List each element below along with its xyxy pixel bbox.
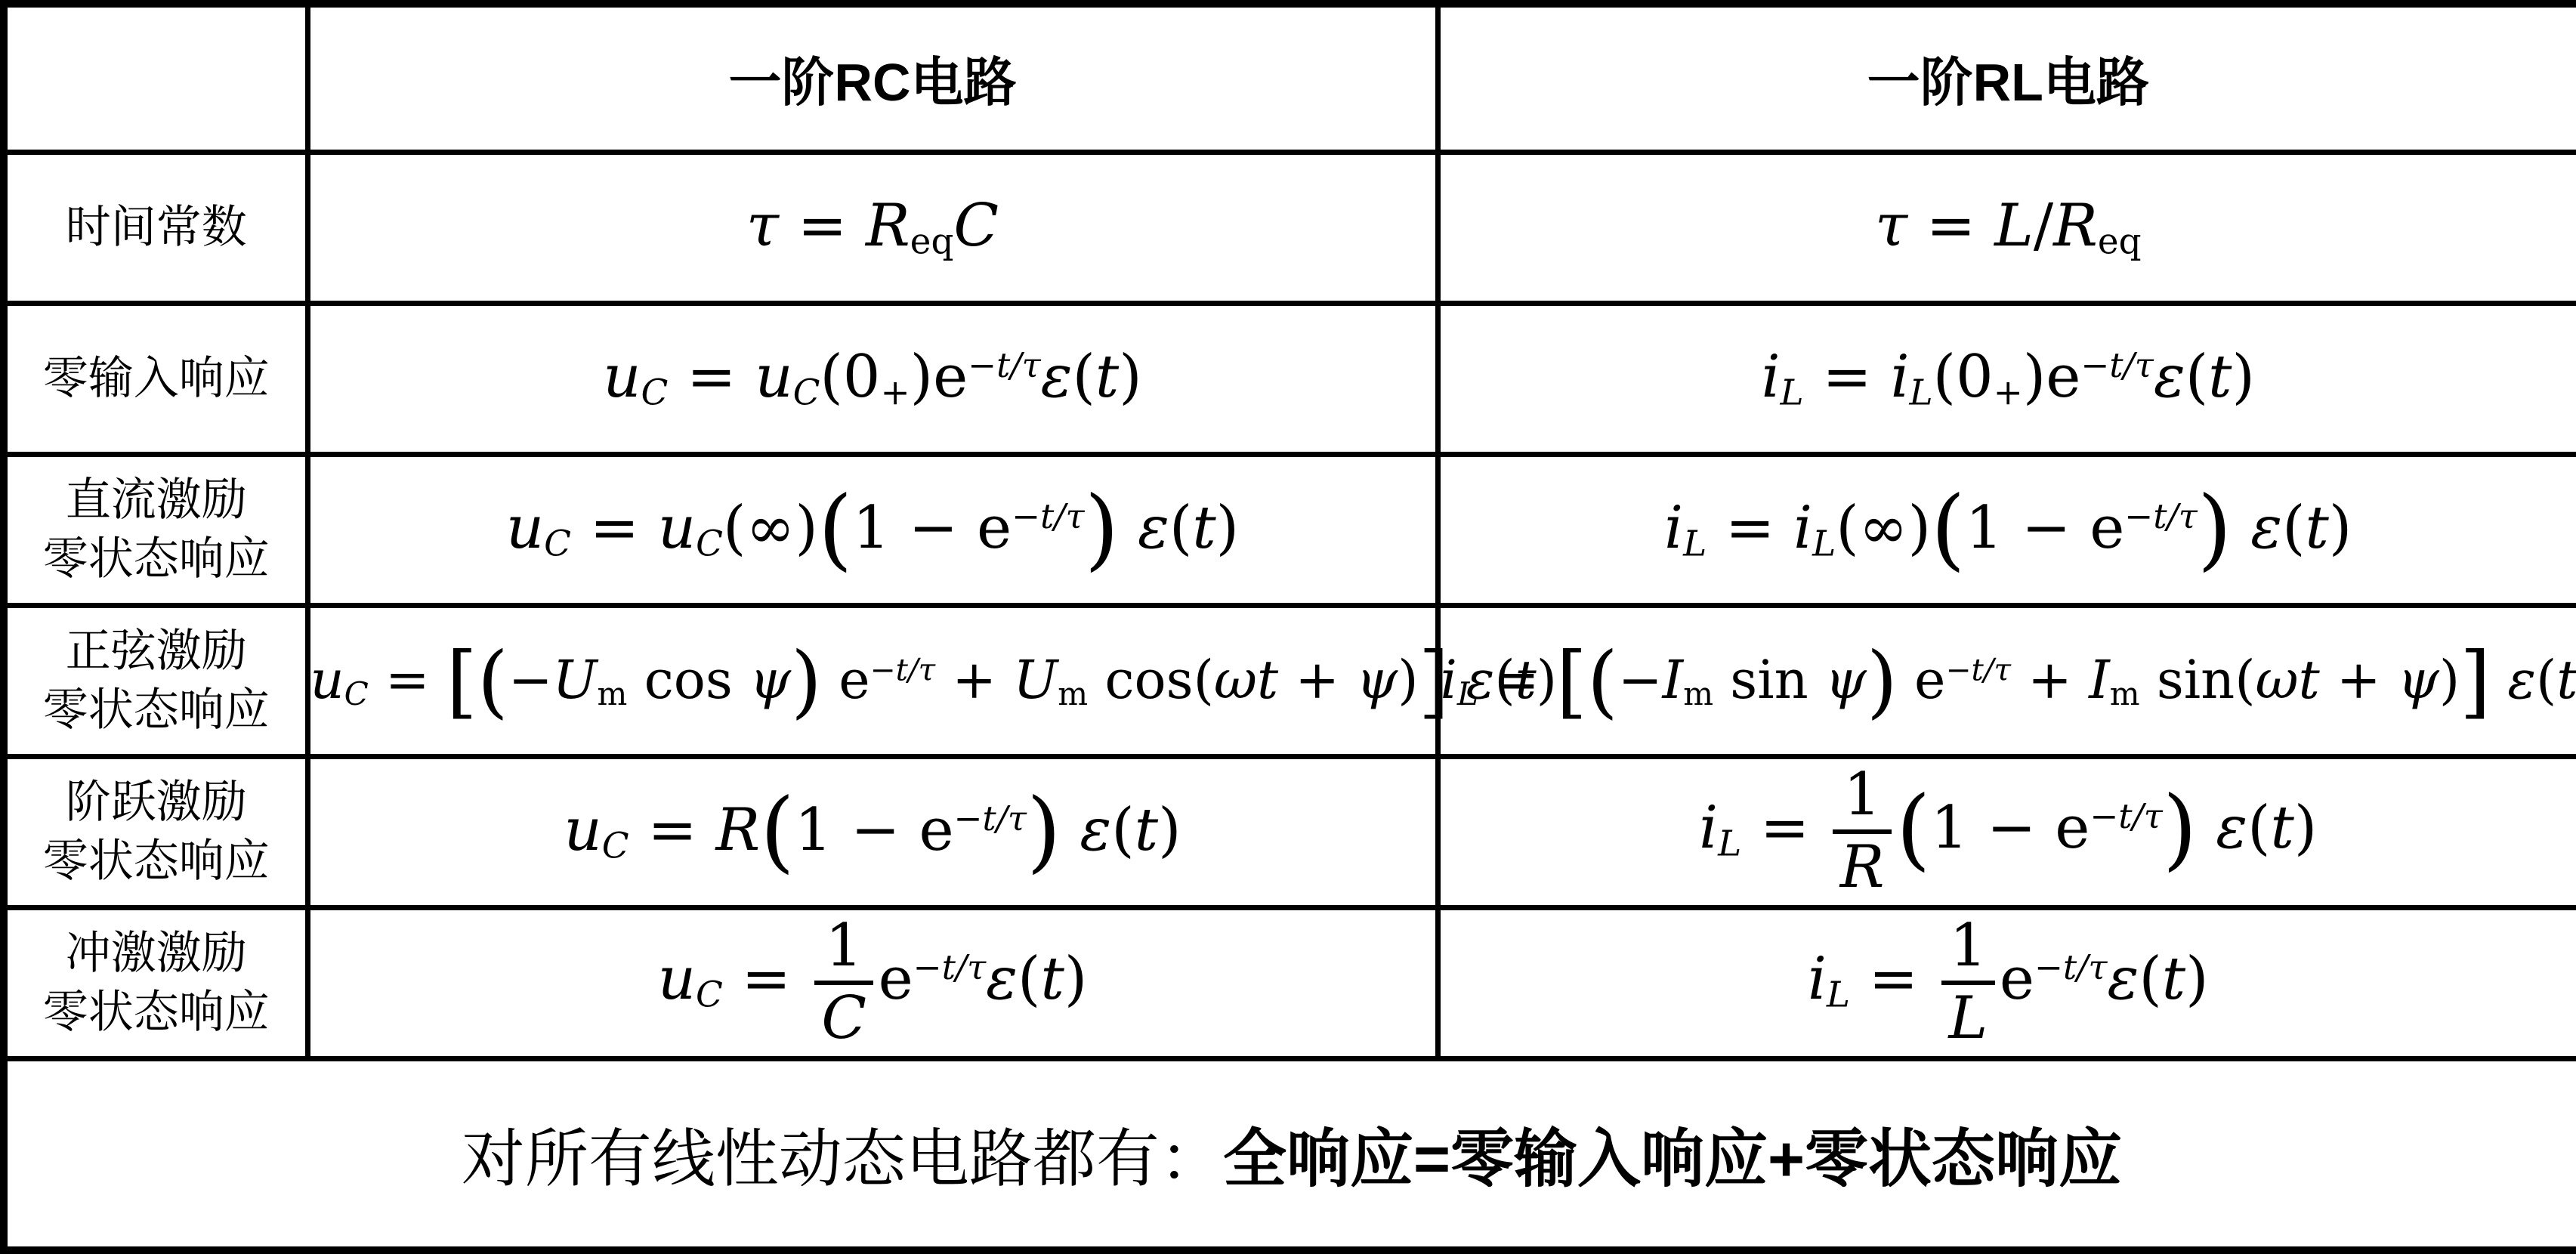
formula-rl-impulse-zero-state: iL = 1Le−t/τε(t) bbox=[1438, 907, 2576, 1058]
formula-rl-sinusoidal-zero-state: iL = [(−Im sin ψ) e−t/τ + Im sin(ωt + ψ)… bbox=[1438, 605, 2576, 756]
formula-rc-step-zero-state: uC = R(1 − e−t/τ) ε(t) bbox=[307, 756, 1438, 907]
row-label-time-constant: 时间常数 bbox=[4, 152, 307, 303]
formula: iL = [(−Im sin ψ) e−t/τ + Im sin(ωt + ψ)… bbox=[1441, 649, 2576, 711]
header-row: 一阶RC电路 一阶RL电路 bbox=[4, 4, 2576, 152]
row-sinusoidal-zero-state-response: 正弦激励零状态响应 uC = [(−Um cos ψ) e−t/τ + Um c… bbox=[4, 605, 2576, 756]
formula: uC = 1Ce−t/τε(t) bbox=[658, 945, 1088, 1013]
formula-rc-dc-zero-state: uC = uC(∞)(1 − e−t/τ) ε(t) bbox=[307, 454, 1438, 605]
row-label-dc-zero-state: 直流激励零状态响应 bbox=[4, 454, 307, 605]
footer-note: 对所有线性动态电路都有：全响应=零输入响应+零状态响应 bbox=[4, 1058, 2576, 1250]
formula: uC = R(1 − e−t/τ) ε(t) bbox=[564, 796, 1181, 864]
row-dc-zero-state-response: 直流激励零状态响应 uC = uC(∞)(1 − e−t/τ) ε(t) iL … bbox=[4, 454, 2576, 605]
footer-note-bold: 全响应=零输入响应+零状态响应 bbox=[1223, 1123, 2122, 1194]
footer-row: 对所有线性动态电路都有：全响应=零输入响应+零状态响应 bbox=[4, 1058, 2576, 1250]
formula-rc-time-constant: τ = ReqC bbox=[307, 152, 1438, 303]
formula-rl-zero-input: iL = iL(0+)e−t/τε(t) bbox=[1438, 303, 2576, 454]
formula-rc-impulse-zero-state: uC = 1Ce−t/τε(t) bbox=[307, 907, 1438, 1058]
formula-rc-sinusoidal-zero-state: uC = [(−Um cos ψ) e−t/τ + Um cos(ωt + ψ)… bbox=[307, 605, 1438, 756]
formula: iL = iL(∞)(1 − e−t/τ) ε(t) bbox=[1664, 494, 2352, 562]
formula-rc-zero-input: uC = uC(0+)e−t/τε(t) bbox=[307, 303, 1438, 454]
formula-rl-time-constant: τ = L/Req bbox=[1438, 152, 2576, 303]
column-header-rl: 一阶RL电路 bbox=[1438, 4, 2576, 152]
corner-empty-cell bbox=[4, 4, 307, 152]
row-label-sinusoidal-zero-state: 正弦激励零状态响应 bbox=[4, 605, 307, 756]
formula: iL = 1R(1 − e−t/τ) ε(t) bbox=[1699, 794, 2317, 862]
row-zero-input-response: 零输入响应 uC = uC(0+)e−t/τε(t) iL = iL(0+)e−… bbox=[4, 303, 2576, 454]
formula: iL = iL(0+)e−t/τε(t) bbox=[1762, 343, 2255, 411]
formula: uC = [(−Um cos ψ) e−t/τ + Um cos(ωt + ψ)… bbox=[310, 649, 1558, 711]
formula: τ = ReqC bbox=[746, 192, 999, 260]
row-step-zero-state-response: 阶跃激励零状态响应 uC = R(1 − e−t/τ) ε(t) iL = 1R… bbox=[4, 756, 2576, 907]
footer-note-prefix: 对所有线性动态电路都有： bbox=[462, 1123, 1223, 1194]
first-order-circuit-formula-table: 一阶RC电路 一阶RL电路 时间常数 τ = ReqC τ = L/Req 零输… bbox=[0, 0, 2576, 1254]
formula: uC = uC(0+)e−t/τε(t) bbox=[603, 343, 1141, 411]
row-time-constant: 时间常数 τ = ReqC τ = L/Req bbox=[4, 152, 2576, 303]
formula-rl-dc-zero-state: iL = iL(∞)(1 − e−t/τ) ε(t) bbox=[1438, 454, 2576, 605]
formula: uC = uC(∞)(1 − e−t/τ) ε(t) bbox=[506, 494, 1239, 562]
row-impulse-zero-state-response: 冲激激励零状态响应 uC = 1Ce−t/τε(t) iL = 1Le−t/τε… bbox=[4, 907, 2576, 1058]
column-header-rc: 一阶RC电路 bbox=[307, 4, 1438, 152]
formula: iL = 1Le−t/τε(t) bbox=[1808, 945, 2209, 1013]
formula: τ = L/Req bbox=[1875, 192, 2142, 260]
row-label-step-zero-state: 阶跃激励零状态响应 bbox=[4, 756, 307, 907]
row-label-zero-input: 零输入响应 bbox=[4, 303, 307, 454]
formula-rl-step-zero-state: iL = 1R(1 − e−t/τ) ε(t) bbox=[1438, 756, 2576, 907]
row-label-impulse-zero-state: 冲激激励零状态响应 bbox=[4, 907, 307, 1058]
